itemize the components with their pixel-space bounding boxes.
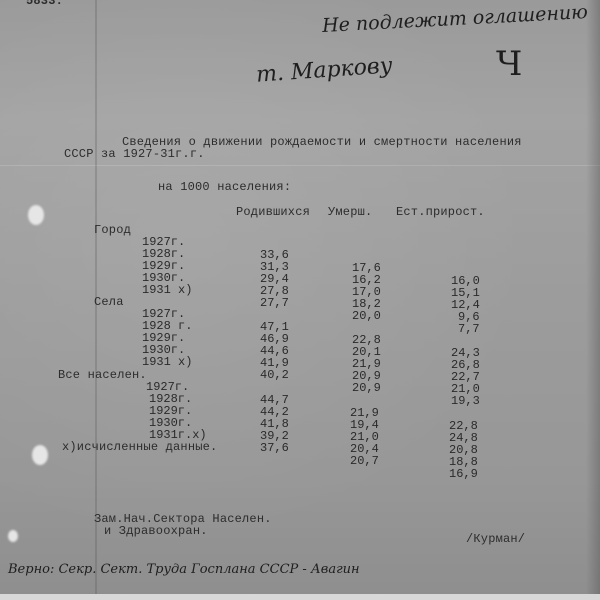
punch-hole bbox=[28, 205, 44, 225]
column-header-growth: Ест.прирост. bbox=[396, 205, 485, 219]
table-row: 1931 х) 27,7 20,0 7,7 bbox=[0, 271, 43, 284]
growth-cell: 19,3 bbox=[451, 395, 480, 408]
document-title-line2: СССР за 1927-31г.г. bbox=[64, 147, 205, 161]
handwritten-certification: Верно: Секр. Сект. Труда Госплана СССР -… bbox=[8, 562, 360, 577]
footnote: х)исчисленные данные. bbox=[62, 440, 217, 454]
column-header-died: Умерш. bbox=[328, 205, 372, 219]
punch-hole bbox=[8, 530, 18, 542]
table-row: 1931г.х) 37,6 20,7 16,9 bbox=[0, 416, 43, 429]
handwritten-initial: Ч bbox=[496, 44, 522, 84]
born-cell: 40,2 bbox=[260, 369, 289, 382]
group-label-villages: Села bbox=[94, 295, 124, 309]
paper-crease bbox=[0, 165, 600, 166]
growth-cell: 7,7 bbox=[458, 323, 480, 336]
archive-number: 5833. bbox=[26, 0, 63, 8]
handwritten-classification-note: Не подлежит оглашению bbox=[322, 1, 589, 37]
unit-label: на 1000 населения: bbox=[158, 180, 291, 194]
signatory-name: /Курман/ bbox=[466, 532, 525, 546]
born-cell: 27,7 bbox=[260, 297, 289, 310]
table-row: 1931 х) 40,2 20,9 19,3 bbox=[0, 343, 43, 356]
died-cell: 20,7 bbox=[350, 455, 379, 468]
year-cell: 1931 х) bbox=[142, 356, 192, 369]
group-label-total-population: Все населен. bbox=[58, 368, 147, 382]
died-cell: 20,9 bbox=[352, 382, 381, 395]
born-cell: 37,6 bbox=[260, 442, 289, 455]
scan-border bbox=[0, 594, 600, 600]
paper-edge-shadow bbox=[586, 0, 600, 600]
signatory-position-line2: и Здравоохран. bbox=[104, 524, 208, 538]
growth-cell: 16,9 bbox=[449, 468, 478, 481]
died-cell: 20,0 bbox=[352, 310, 381, 323]
column-header-born: Родившихся bbox=[236, 205, 310, 219]
group-label-city: Город bbox=[94, 223, 131, 237]
year-cell: 1931 х) bbox=[142, 284, 192, 297]
document-page: 5833. Не подлежит оглашению т. Маркову Ч… bbox=[0, 0, 600, 600]
handwritten-addressee: т. Маркову bbox=[255, 53, 393, 87]
